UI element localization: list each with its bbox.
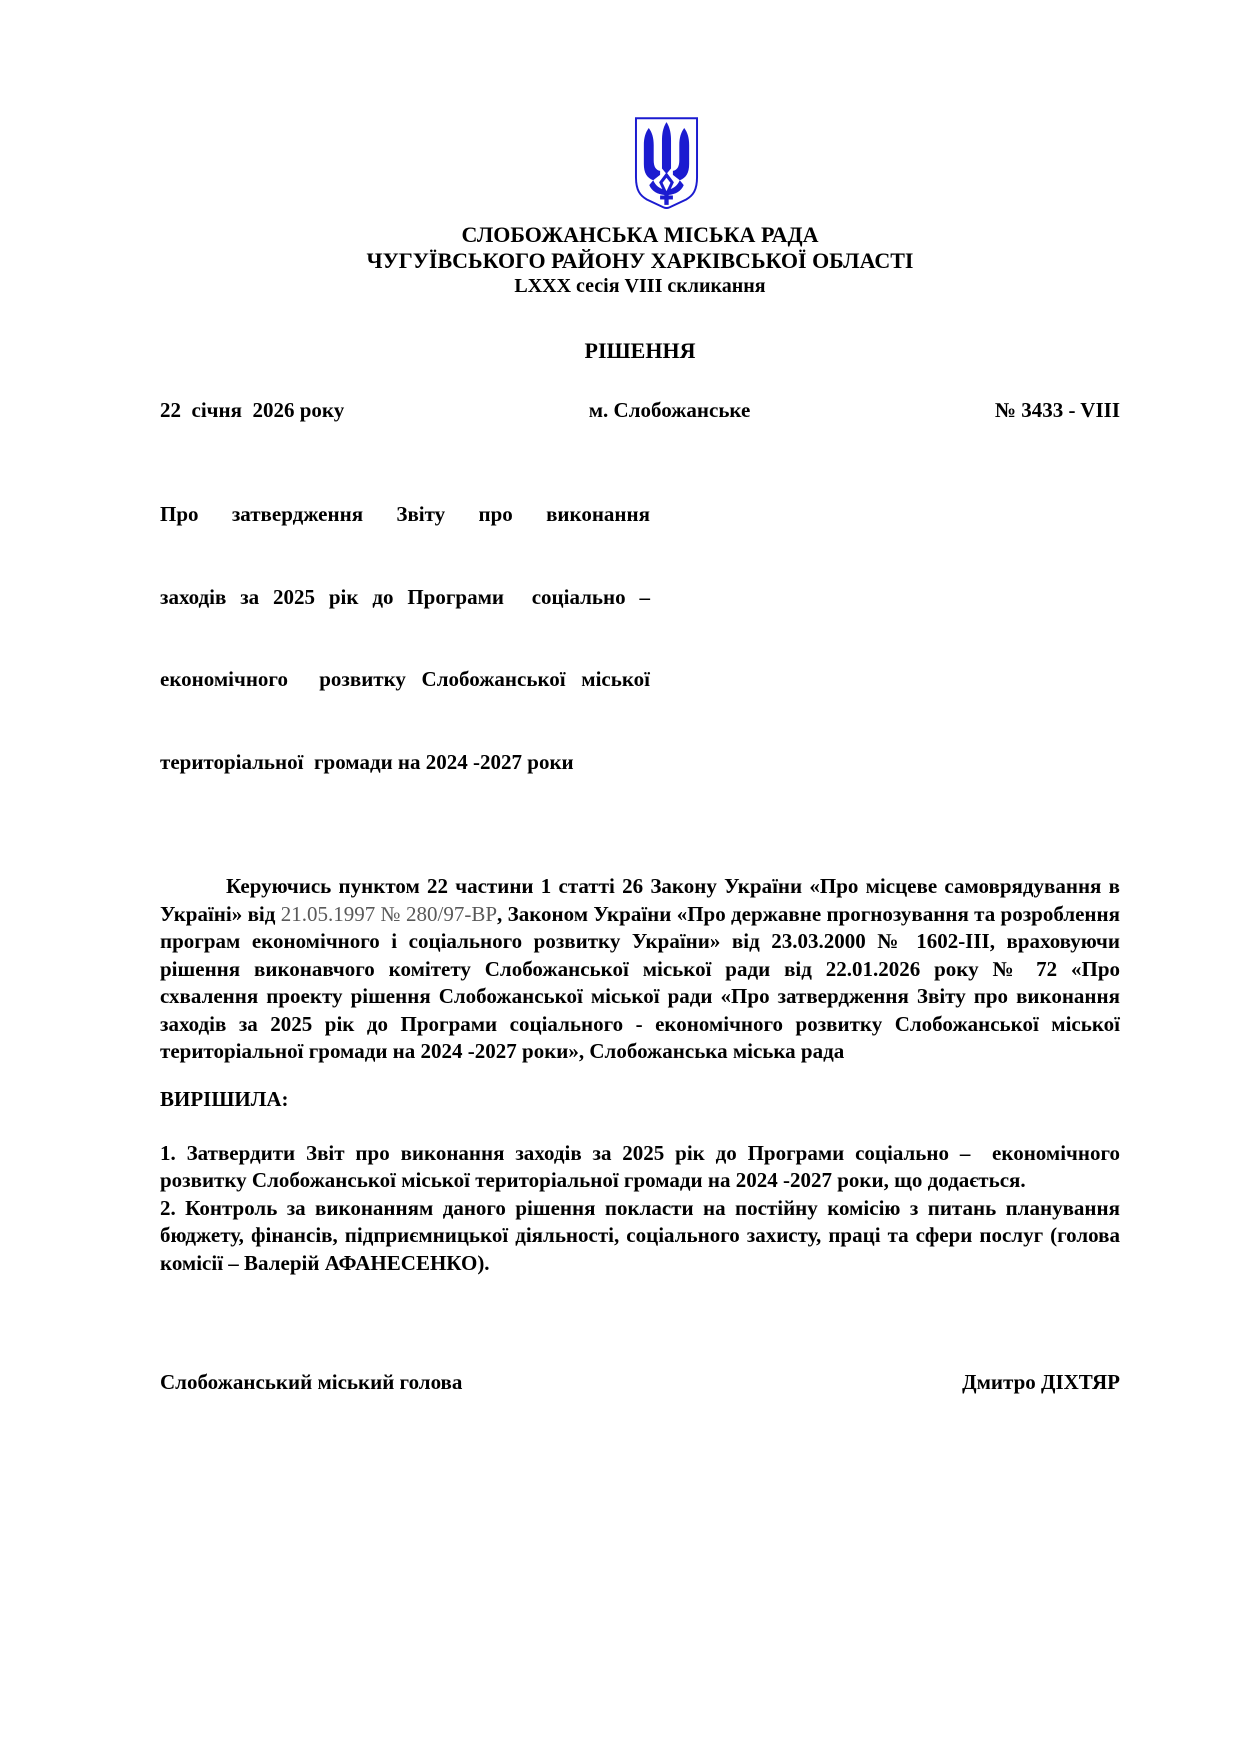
- session-line: LXXX сесія VIII скликання: [160, 274, 1120, 299]
- document-type-title: РІШЕННЯ: [160, 337, 1120, 364]
- signer-name: Дмитро ДІХТЯР: [962, 1369, 1120, 1396]
- subject-line: економічного розвитку Слобожанської місь…: [160, 666, 650, 694]
- resolution-item-1: 1. Затвердити Звіт про виконання заходів…: [160, 1140, 1120, 1195]
- signer-title: Слобожанський міський голова: [160, 1369, 462, 1396]
- resolution-item-2: 2. Контроль за виконанням даного рішення…: [160, 1195, 1120, 1278]
- meta-row: 22 січня 2026 року м. Слобожанське № 343…: [160, 397, 1120, 424]
- subject-block: Про затвердження Звіту про виконання зах…: [160, 446, 650, 831]
- decision-document-page: СЛОБОЖАНСЬКА МІСЬКА РАДА ЧУГУЇВСЬКОГО РА…: [0, 0, 1240, 1754]
- district-name: ЧУГУЇВСЬКОГО РАЙОНУ ХАРКІВСЬКОЇ ОБЛАСТІ: [160, 248, 1120, 274]
- organization-header: СЛОБОЖАНСЬКА МІСЬКА РАДА ЧУГУЇВСЬКОГО РА…: [160, 222, 1120, 299]
- document-content: СЛОБОЖАНСЬКА МІСЬКА РАДА ЧУГУЇВСЬКОГО РА…: [160, 0, 1120, 1396]
- emblem-row: [160, 116, 1120, 214]
- subject-line: Про затвердження Звіту про виконання: [160, 501, 650, 529]
- ukraine-trident-emblem-icon: [634, 116, 699, 213]
- decision-date: 22 січня 2026 року: [160, 397, 344, 424]
- subject-line: територіальної громади на 2024 -2027 рок…: [160, 749, 650, 777]
- preamble-paragraph: Керуючись пунктом 22 частини 1 статті 26…: [160, 873, 1120, 1066]
- decision-number: № 3433 - VIII: [995, 397, 1120, 424]
- resolved-label: ВИРІШИЛА:: [160, 1086, 1120, 1113]
- council-name: СЛОБОЖАНСЬКА МІСЬКА РАДА: [160, 222, 1120, 248]
- resolution-items: 1. Затвердити Звіт про виконання заходів…: [160, 1140, 1120, 1278]
- law-reference-gray: 21.05.1997 № 280/97-ВР: [281, 902, 497, 926]
- decision-place: м. Слобожанське: [589, 397, 751, 424]
- subject-line: заходів за 2025 рік до Програми соціальн…: [160, 584, 650, 612]
- signature-row: Слобожанський міський голова Дмитро ДІХТ…: [160, 1369, 1120, 1396]
